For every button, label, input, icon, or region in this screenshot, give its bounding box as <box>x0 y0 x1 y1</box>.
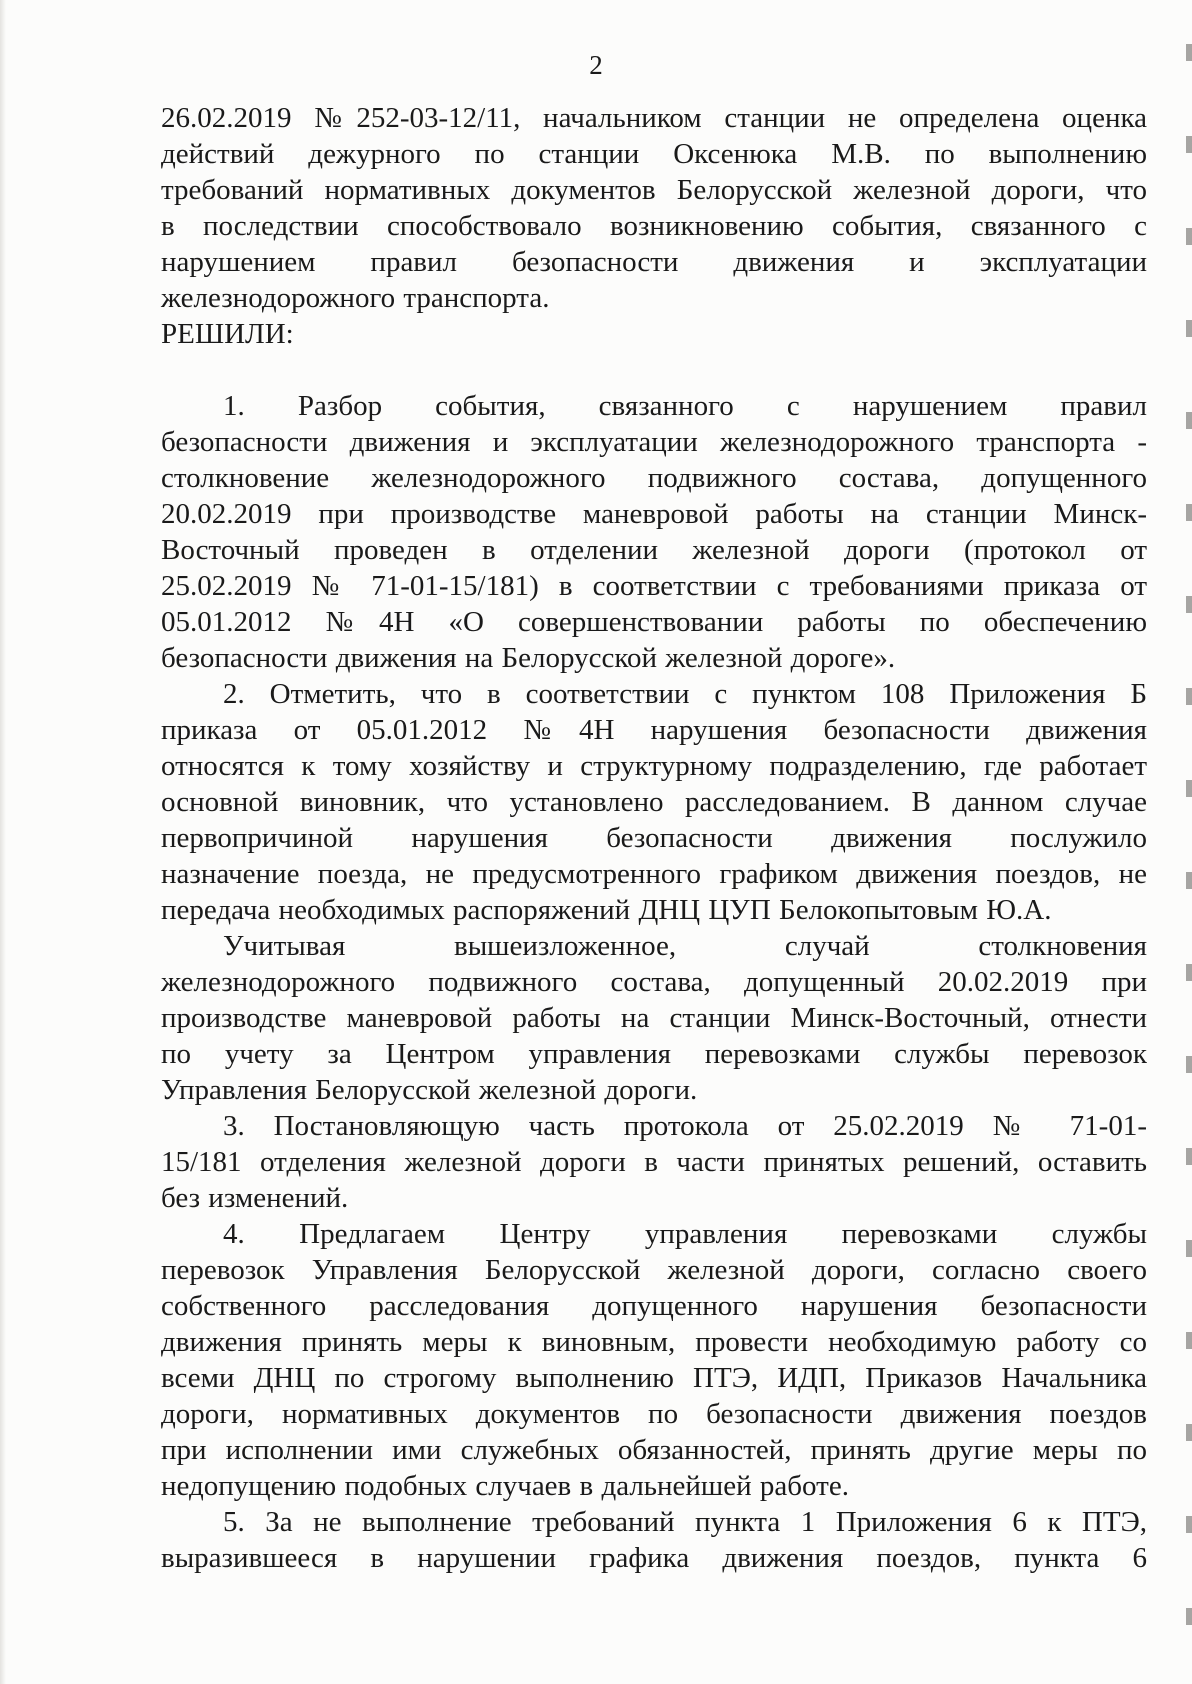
text-line: 25.02.2019 № 71-01-15/181) в соответстви… <box>161 568 1147 604</box>
text-line: требований нормативных документов Белору… <box>161 172 1147 208</box>
decision-item-5: 5. За не выполнение требований пункта 1 … <box>161 1504 1147 1576</box>
decision-item-3: 3. Постановляющую часть протокола от 25.… <box>161 1108 1147 1216</box>
decision-item-4: 4. Предлагаем Центру управления перевозк… <box>161 1216 1147 1504</box>
text-line: 05.01.2012 №4Н «О совершенствовании рабо… <box>161 604 1147 640</box>
text-line: всеми ДНЦ по строгому выполнению ПТЭ, ИД… <box>161 1360 1147 1396</box>
text-line: по учету за Центром управления перевозка… <box>161 1036 1147 1072</box>
text-line: 4. Предлагаем Центру управления перевозк… <box>161 1216 1147 1252</box>
text-line: относятся к тому хозяйству и структурном… <box>161 748 1147 784</box>
text-line: движения принять меры к виновным, провес… <box>161 1324 1147 1360</box>
text-line: 1. Разбор события, связанного с нарушени… <box>161 388 1147 424</box>
scan-edge-right-artifact <box>1186 44 1192 1684</box>
text-line: приказа от 05.01.2012 №4Н нарушения безо… <box>161 712 1147 748</box>
text-line: Учитывая вышеизложенное, случай столкнов… <box>161 928 1147 964</box>
text-line: безопасности движения и эксплуатации жел… <box>161 424 1147 460</box>
text-line: основной виновник, что установлено рассл… <box>161 784 1147 820</box>
text-line: железнодорожного транспорта. <box>161 280 1147 316</box>
text-line: 5. За не выполнение требований пункта 1 … <box>161 1504 1147 1540</box>
text-line: Управления Белорусской железной дороги. <box>161 1072 1147 1108</box>
text-line: первопричиной нарушения безопасности дви… <box>161 820 1147 856</box>
text-line: нарушением правил безопасности движения … <box>161 244 1147 280</box>
text-line: производстве маневровой работы на станци… <box>161 1000 1147 1036</box>
text-line: перевозок Управления Белорусской железно… <box>161 1252 1147 1288</box>
document-body: 26.02.2019 №252-03-12/11, начальником ст… <box>161 100 1147 1576</box>
text-line: собственного расследования допущенного н… <box>161 1288 1147 1324</box>
considering-paragraph: Учитывая вышеизложенное, случай столкнов… <box>161 928 1147 1108</box>
text-line: в последствии способствовало возникновен… <box>161 208 1147 244</box>
text-line: железнодорожного подвижного состава, доп… <box>161 964 1147 1000</box>
text-line: дороги, нормативных документов по безопа… <box>161 1396 1147 1432</box>
continuation-paragraph: 26.02.2019 №252-03-12/11, начальником ст… <box>161 100 1147 352</box>
text-line: недопущению подобных случаев в дальнейше… <box>161 1468 1147 1504</box>
text-line: без изменений. <box>161 1180 1147 1216</box>
scan-edge-left-artifact <box>0 0 6 1684</box>
text-line: 26.02.2019 №252-03-12/11, начальником ст… <box>161 100 1147 136</box>
decision-item-2: 2. Отметить, что в соответствии с пункто… <box>161 676 1147 928</box>
page-number: 2 <box>0 50 1192 81</box>
text-line: выразившееся в нарушении графика движени… <box>161 1540 1147 1576</box>
decision-item-1: 1. Разбор события, связанного с нарушени… <box>161 388 1147 676</box>
text-line: передача необходимых распоряжений ДНЦ ЦУ… <box>161 892 1147 928</box>
resolved-heading: РЕШИЛИ: <box>161 316 1147 352</box>
text-line: 2. Отметить, что в соответствии с пункто… <box>161 676 1147 712</box>
text-line: 3. Постановляющую часть протокола от 25.… <box>161 1108 1147 1144</box>
text-line: при исполнении ими служебных обязанносте… <box>161 1432 1147 1468</box>
text-line: столкновение железнодорожного подвижного… <box>161 460 1147 496</box>
text-line: действий дежурного по станции Оксенюка М… <box>161 136 1147 172</box>
text-line: 15/181 отделения железной дороги в части… <box>161 1144 1147 1180</box>
text-line: Восточный проведен в отделении железной … <box>161 532 1147 568</box>
text-line: назначение поезда, не предусмотренного г… <box>161 856 1147 892</box>
text-line: безопасности движения на Белорусской жел… <box>161 640 1147 676</box>
text-line: 20.02.2019 при производстве маневровой р… <box>161 496 1147 532</box>
